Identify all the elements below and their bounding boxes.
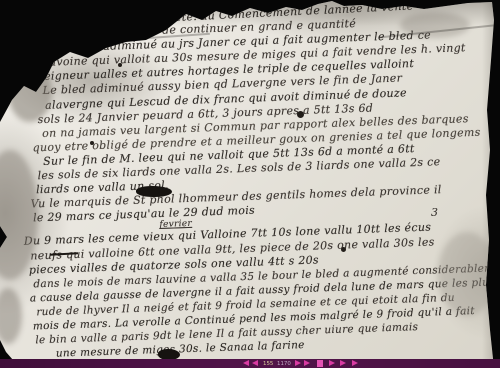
strip-scale-label: 155 <box>263 360 273 366</box>
paper-stain <box>0 288 22 344</box>
square-marker-icon <box>317 360 323 367</box>
triangle-right-marker-icon <box>340 360 346 366</box>
triangle-right-marker-icon <box>304 360 310 366</box>
triangle-right-marker-icon <box>295 360 301 366</box>
strip-scale-label: 1170 <box>277 360 291 366</box>
triangle-right-marker-icon <box>329 360 335 366</box>
manuscript-page: quil act fort geté. au Comencement de la… <box>0 0 500 368</box>
handwriting-block: quil act fort geté. au Comencement de la… <box>12 0 500 362</box>
triangle-right-marker-icon <box>352 360 358 366</box>
calibration-strip: 155 1170 <box>0 359 500 368</box>
photograph-canvas: quil act fort geté. au Comencement de la… <box>0 0 500 368</box>
fraction-digit: 3 <box>431 206 438 219</box>
triangle-left-marker-icon <box>252 360 258 366</box>
triangle-left-marker-icon <box>243 360 249 366</box>
